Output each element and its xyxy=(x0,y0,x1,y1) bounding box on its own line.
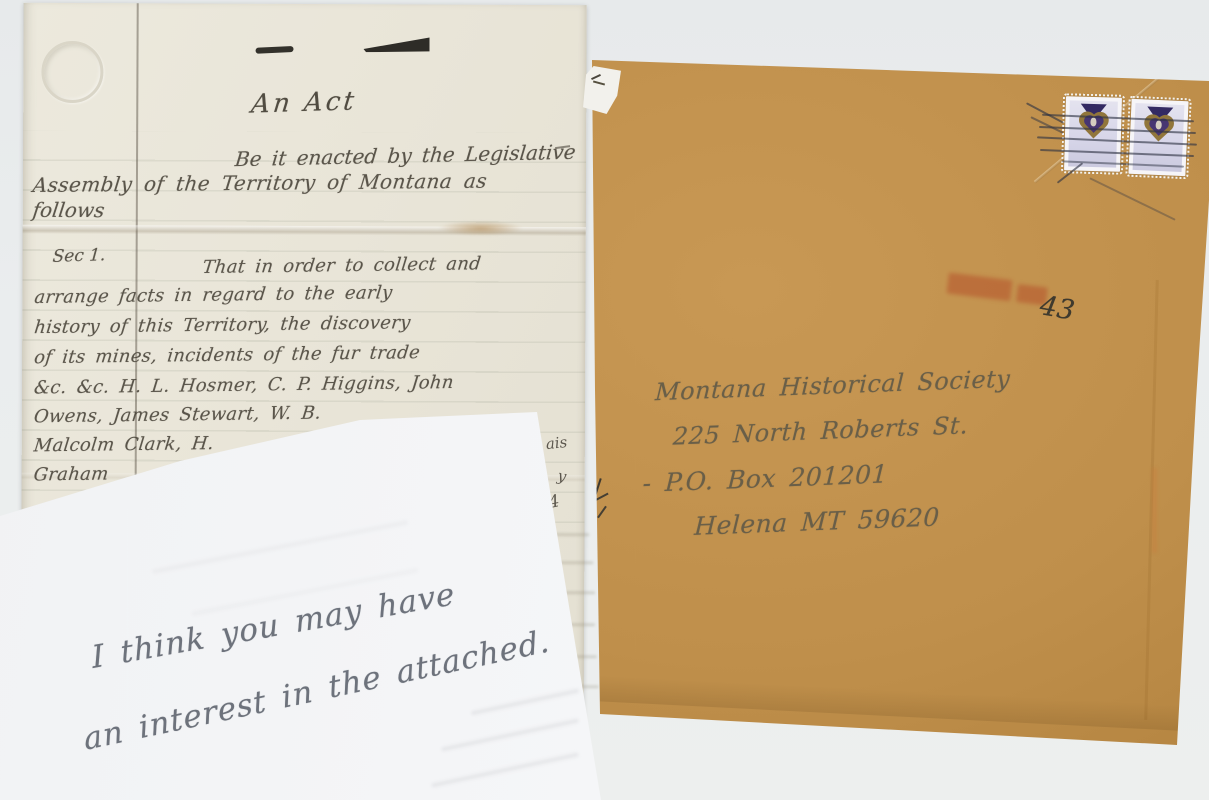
pencil-scribble xyxy=(594,478,601,496)
pen-cancel-stroke xyxy=(1026,102,1064,123)
pencil-scribble xyxy=(594,493,608,502)
bleed-through xyxy=(441,718,579,751)
illegible-stamp-text xyxy=(946,273,1012,302)
bleed-through xyxy=(471,689,579,716)
act-title: An Act xyxy=(250,86,359,119)
pencil-number: 43 xyxy=(1038,290,1077,326)
stamp-design xyxy=(1068,100,1118,167)
stamp-design xyxy=(1133,103,1185,172)
fastener-mark xyxy=(364,37,430,52)
embossed-seal xyxy=(41,41,103,103)
stain xyxy=(438,221,524,236)
address-line: 225 North Roberts St. xyxy=(672,411,969,450)
fastener-mark xyxy=(255,46,293,54)
address-line: - P.O. Box 201201 xyxy=(642,459,889,497)
scanned-documents-photo: An Act Be it enacted by the Legislative … xyxy=(0,0,1209,800)
address-line: Helena MT 59620 xyxy=(694,502,941,541)
mailing-address: Montana Historical Society 225 North Rob… xyxy=(636,361,1003,565)
profile-silhouette xyxy=(1090,117,1096,126)
red-postal-mark xyxy=(937,262,1113,342)
section-label: Sec 1. xyxy=(52,245,106,267)
body-line: Malcolm Clark, H. xyxy=(33,433,215,456)
pencil-mark xyxy=(593,80,605,85)
text-fragment: ais xyxy=(545,433,568,453)
edge-shadow xyxy=(595,675,1184,731)
smudge xyxy=(1152,468,1157,553)
pencil-scribble xyxy=(597,506,607,519)
pencil-mark xyxy=(591,74,601,80)
body-line: That in order to collect and xyxy=(201,253,482,278)
bleed-through xyxy=(431,752,579,787)
enacting-clause-line: follows xyxy=(31,198,106,222)
body-line: Graham xyxy=(33,463,110,485)
body-line: Owens, James Stewart, W. B. xyxy=(33,403,322,428)
address-line: Montana Historical Society xyxy=(654,365,1011,407)
pen-cancel-stroke xyxy=(1089,177,1175,220)
enacting-clause-line: Assembly of the Territory of Montana as xyxy=(32,169,489,197)
bleed-through xyxy=(152,520,408,574)
